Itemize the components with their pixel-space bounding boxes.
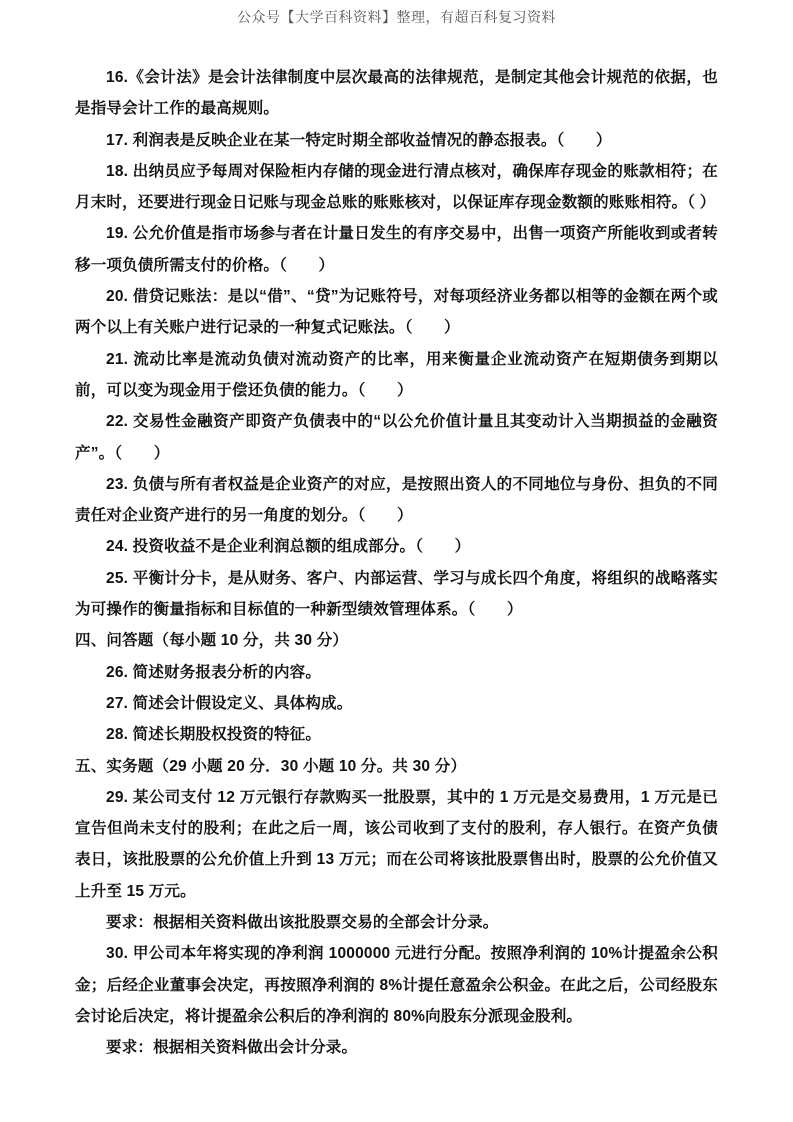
question-item-19: 19. 公允价值是指市场参与者在计量日发生的有序交易中，出售一项资产所能收到或者… [75, 218, 718, 281]
question-item-18: 18. 出纳员应予每周对保险柜内存储的现金进行清点核对，确保库存现金的账款相符；… [75, 156, 718, 219]
section-heading-5: 五、实务题（29 小题 20 分．30 小题 10 分。共 30 分） [75, 751, 718, 782]
question-item-25: 25. 平衡计分卡，是从财务、客户、内部运营、学习与成长四个角度，将组织的战略落… [75, 563, 718, 626]
page-header-note: 公众号【大学百科资料】整理，有超百科复习资料 [0, 0, 793, 29]
question-item-16: 16.《会计法》是会计法律制度中层次最高的法律规范，是制定其他会计规范的依据，也… [75, 62, 718, 125]
document-body: 16.《会计法》是会计法律制度中层次最高的法律规范，是制定其他会计规范的依据，也… [75, 62, 718, 1064]
requirement-30: 要求：根据相关资料做出会计分录。 [75, 1032, 718, 1063]
question-item-29: 29. 某公司支付 12 万元银行存款购买一批股票，其中的 1 万元是交易费用，… [75, 782, 718, 907]
question-item-20: 20. 借贷记账法：是以“借”、“贷”为记账符号，对每项经济业务都以相等的金额在… [75, 281, 718, 344]
question-item-28: 28. 简述长期股权投资的特征。 [75, 719, 718, 750]
question-item-24: 24. 投资收益不是企业利润总额的组成部分。（ ） [75, 531, 718, 562]
requirement-29: 要求：根据相关资料做出该批股票交易的全部会计分录。 [75, 907, 718, 938]
question-item-30: 30. 甲公司本年将实现的净利润 1000000 元进行分配。按照净利润的 10… [75, 938, 718, 1032]
question-item-21: 21. 流动比率是流动负债对流动资产的比率，用来衡量企业流动资产在短期债务到期以… [75, 344, 718, 407]
document-page: 公众号【大学百科资料】整理，有超百科复习资料 16.《会计法》是会计法律制度中层… [0, 0, 793, 1122]
question-item-17: 17. 利润表是反映企业在某一特定时期全部收益情况的静态报表。（ ） [75, 125, 718, 156]
section-heading-4: 四、问答题（每小题 10 分，共 30 分） [75, 625, 718, 656]
question-item-26: 26. 简述财务报表分析的内容。 [75, 657, 718, 688]
question-item-22: 22. 交易性金融资产即资产负债表中的“以公允价值计量且其变动计入当期损益的金融… [75, 406, 718, 469]
question-item-27: 27. 简述会计假设定义、具体构成。 [75, 688, 718, 719]
question-item-23: 23. 负债与所有者权益是企业资产的对应，是按照出资人的不同地位与身份、担负的不… [75, 469, 718, 532]
